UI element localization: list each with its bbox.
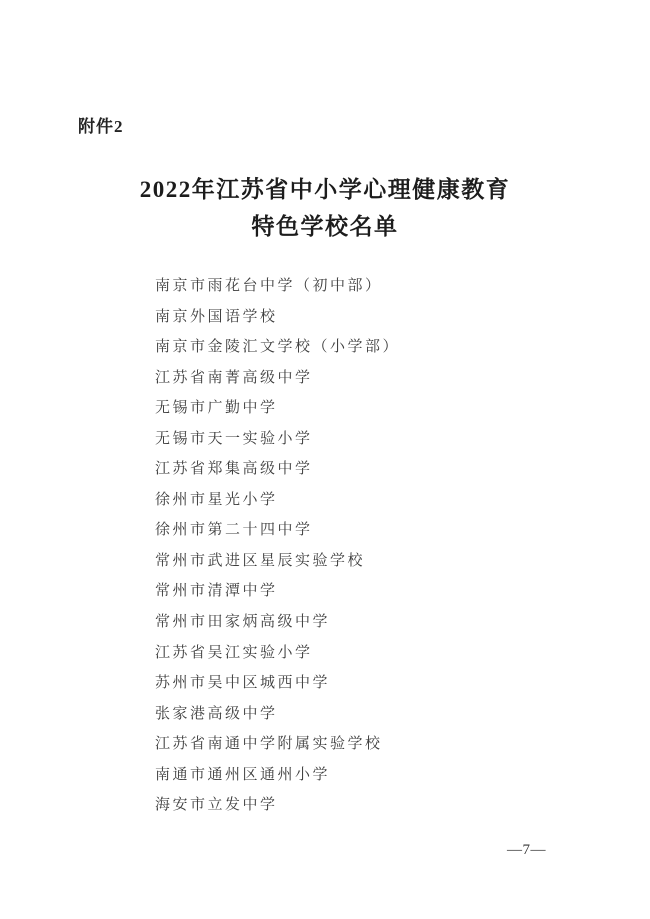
school-list-item: 常州市武进区星辰实验学校 [155,546,400,577]
school-list-item: 南京市金陵汇文学校（小学部） [155,332,400,363]
school-list-item: 南通市通州区通州小学 [155,760,400,791]
school-list-item: 江苏省南通中学附属实验学校 [155,729,400,760]
school-list-item: 南京外国语学校 [155,302,400,333]
school-list: 南京市雨花台中学（初中部）南京外国语学校南京市金陵汇文学校（小学部）江苏省南菁高… [155,271,400,821]
page-number: —7— [507,842,546,859]
school-list-item: 江苏省南菁高级中学 [155,363,400,394]
school-list-item: 徐州市星光小学 [155,485,400,516]
school-list-item: 江苏省吴江实验小学 [155,638,400,669]
school-list-item: 徐州市第二十四中学 [155,515,400,546]
school-list-item: 江苏省郑集高级中学 [155,454,400,485]
school-list-item: 海安市立发中学 [155,790,400,821]
document-title: 2022年江苏省中小学心理健康教育 特色学校名单 [0,171,650,245]
school-list-item: 常州市田家炳高级中学 [155,607,400,638]
attachment-label: 附件2 [78,112,124,137]
school-list-item: 常州市清潭中学 [155,576,400,607]
document-page: 附件2 2022年江苏省中小学心理健康教育 特色学校名单 南京市雨花台中学（初中… [0,0,650,919]
document-title-line2: 特色学校名单 [0,208,650,245]
school-list-item: 无锡市广勤中学 [155,393,400,424]
school-list-item: 无锡市天一实验小学 [155,424,400,455]
school-list-item: 南京市雨花台中学（初中部） [155,271,400,302]
document-title-line1: 2022年江苏省中小学心理健康教育 [0,171,650,208]
school-list-item: 苏州市吴中区城西中学 [155,668,400,699]
school-list-item: 张家港高级中学 [155,699,400,730]
